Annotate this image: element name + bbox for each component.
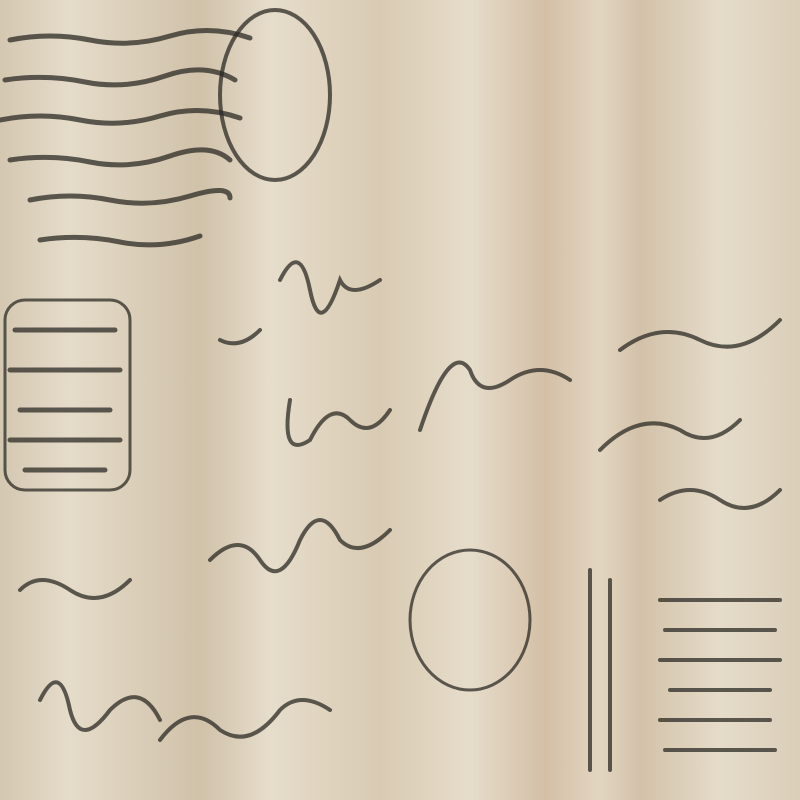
fabric-photo [0,0,800,800]
stamp-left [5,300,130,490]
script-print [0,0,800,800]
postmark-bottom [410,550,530,690]
dense-script-right [590,570,780,770]
dense-script-top-left [0,30,250,244]
cursive-script [20,262,780,740]
postmark-circle [220,10,330,180]
